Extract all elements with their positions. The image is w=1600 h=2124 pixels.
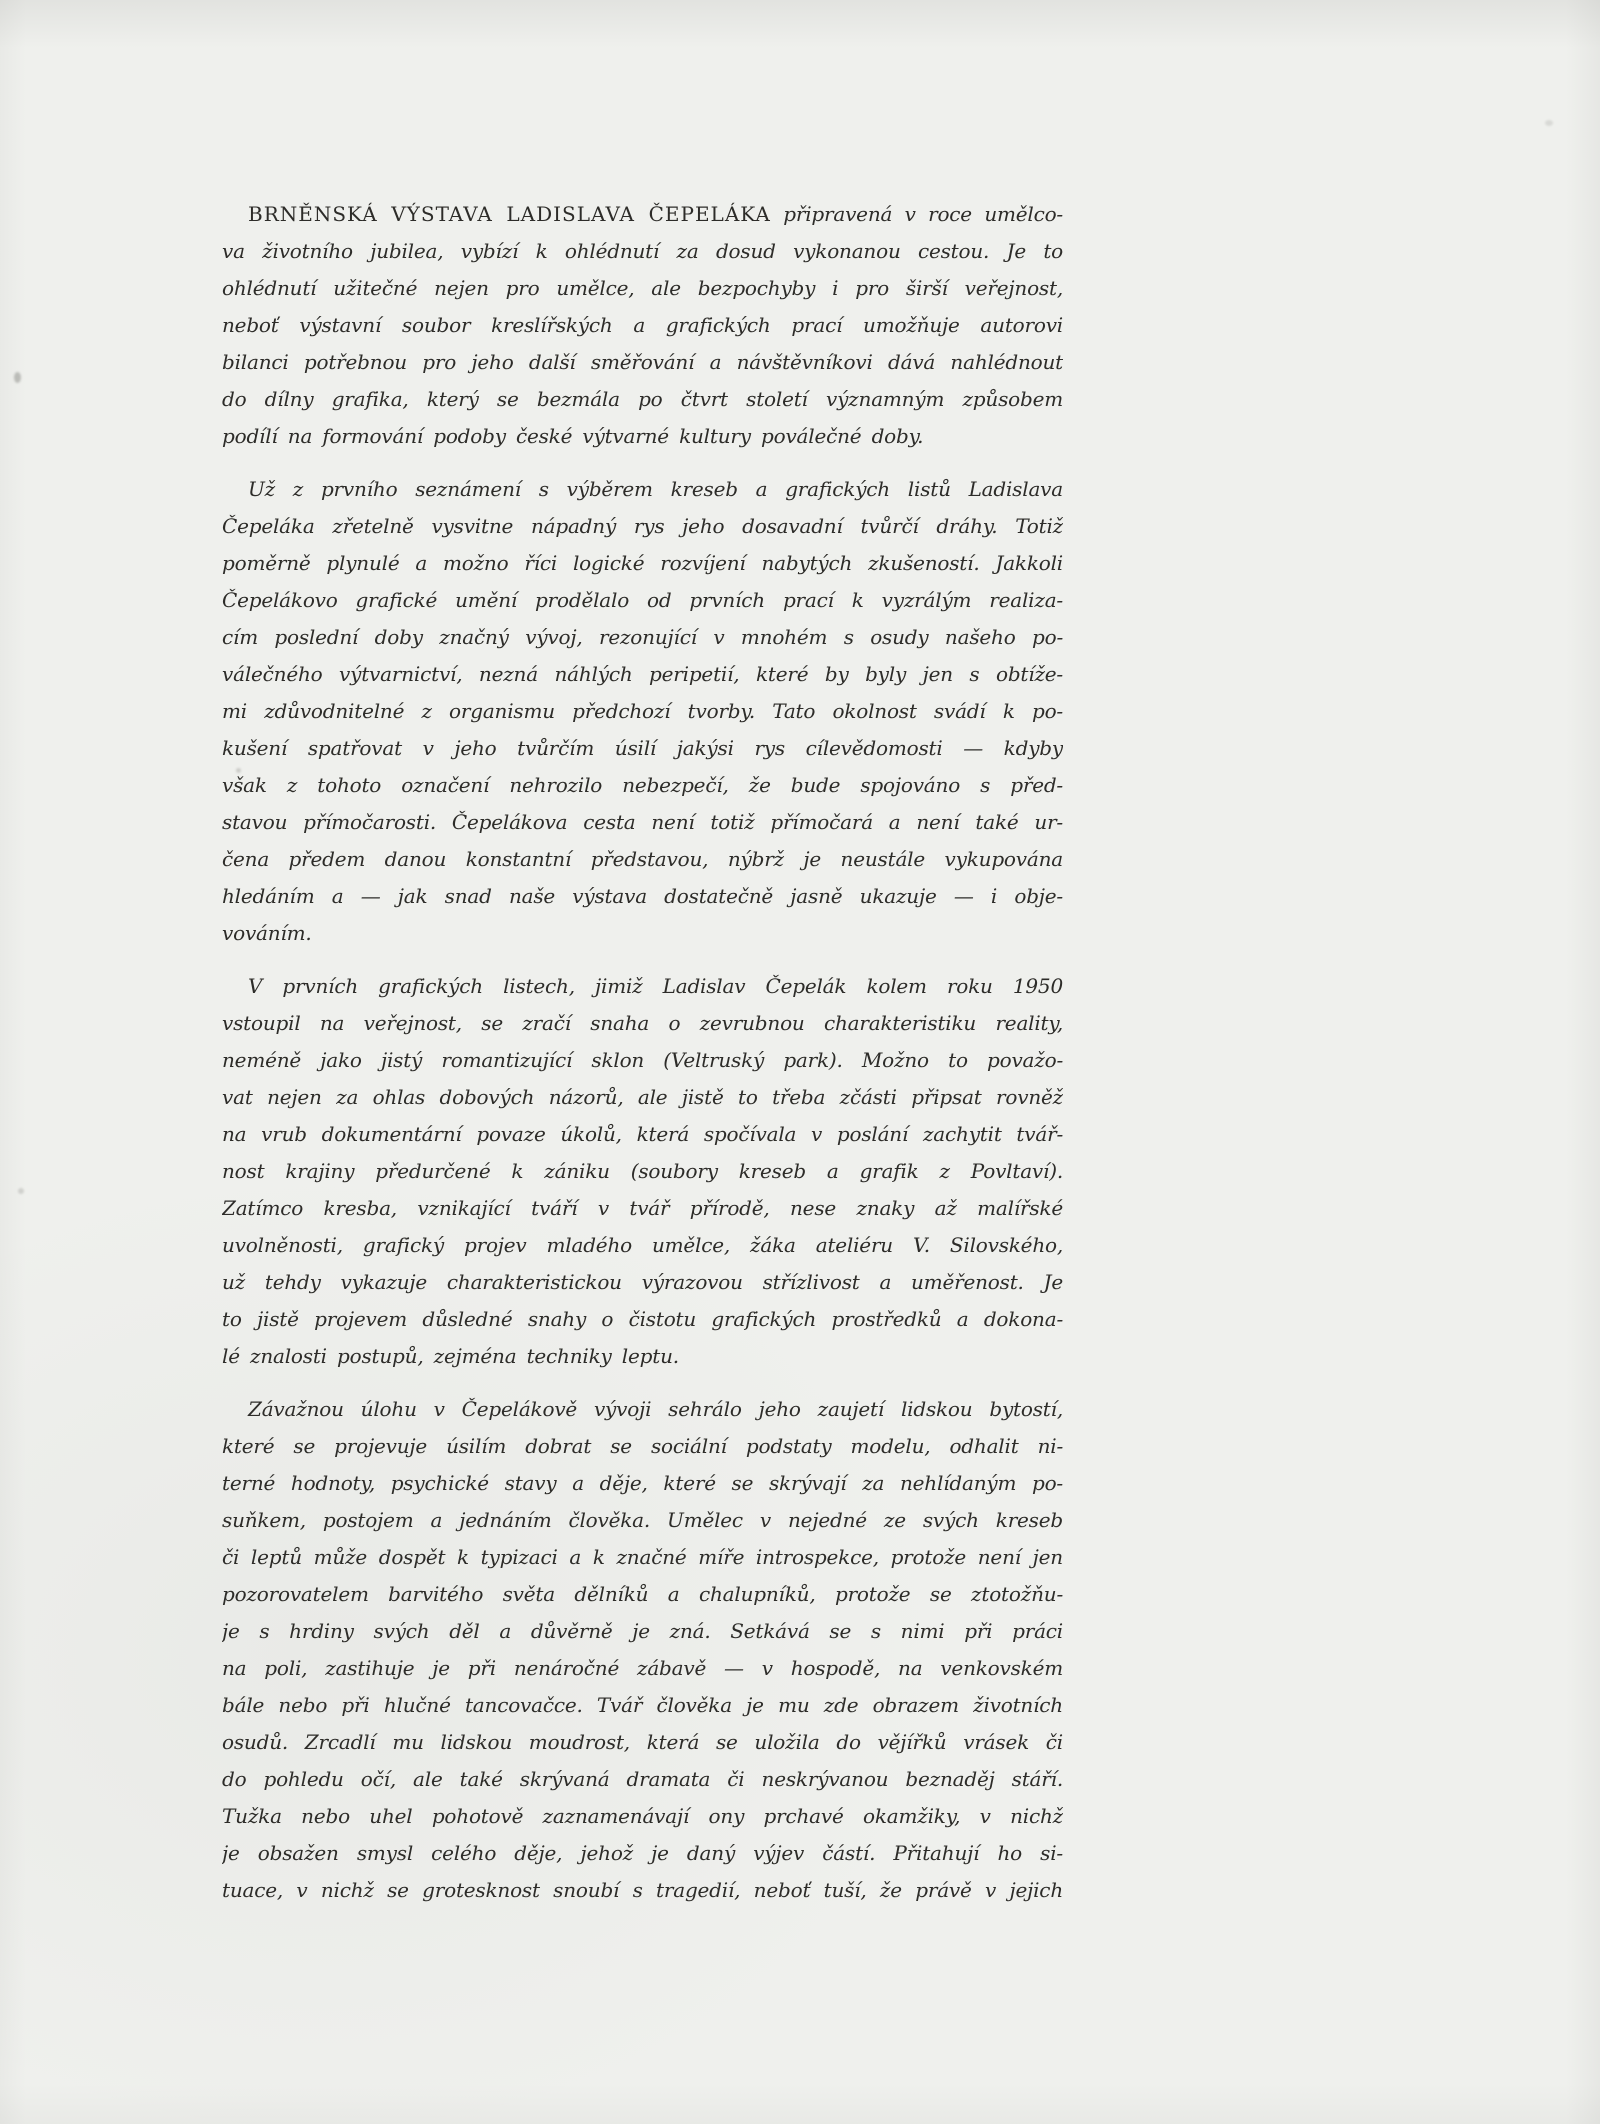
text-line: lé znalosti postupů, zejména techniky le… [222, 1338, 1063, 1375]
text-line: Čepeláka zřetelně vysvitne nápadný rys j… [222, 508, 1063, 545]
text-line: neboť výstavní soubor kreslířských a gra… [222, 307, 1063, 344]
text-line: už tehdy vykazuje charakteristickou výra… [222, 1264, 1063, 1301]
text-line: tuace, v nichž se grotesknost snoubí s t… [222, 1872, 1063, 1909]
text-line: Zatímco kresba, vznikající tváří v tvář … [222, 1190, 1063, 1227]
text-line: V prvních grafických listech, jimiž Ladi… [222, 968, 1063, 1005]
text-line: neméně jako jistý romantizující sklon (V… [222, 1042, 1063, 1079]
text-line: Závažnou úlohu v Čepelákově vývoji sehrá… [222, 1391, 1063, 1428]
text-line: bilanci potřebnou pro jeho další směřová… [222, 344, 1063, 381]
text-line: kušení spatřovat v jeho tvůrčím úsilí ja… [222, 730, 1063, 767]
text-line: va životního jubilea, vybízí k ohlédnutí… [222, 233, 1063, 270]
text-line: BRNĚNSKÁ VÝSTAVA LADISLAVA ČEPELÁKA přip… [222, 196, 1063, 233]
text-line: vstoupil na veřejnost, se zračí snaha o … [222, 1005, 1063, 1042]
text-line: bále nebo při hlučné tancovačce. Tvář čl… [222, 1687, 1063, 1724]
text-line: stavou přímočarosti. Čepelákova cesta ne… [222, 804, 1063, 841]
scanned-page: BRNĚNSKÁ VÝSTAVA LADISLAVA ČEPELÁKA přip… [0, 0, 1600, 2124]
text-line: suňkem, postojem a jednáním člověka. Umě… [222, 1502, 1063, 1539]
text-line: terné hodnoty, psychické stavy a děje, k… [222, 1465, 1063, 1502]
text-line: poměrně plynulé a možno říci logické roz… [222, 545, 1063, 582]
scan-artifact [18, 1188, 24, 1194]
text-line: to jistě projevem důsledné snahy o čisto… [222, 1301, 1063, 1338]
text-line: čena předem danou konstantní představou,… [222, 841, 1063, 878]
text-line: podílí na formování podoby české výtvarn… [222, 418, 1063, 455]
paragraph-2: Už z prvního seznámení s výběrem kreseb … [222, 471, 1063, 952]
text-line: uvolněnosti, grafický projev mladého umě… [222, 1227, 1063, 1264]
scan-artifact [14, 372, 21, 383]
paragraph-4: Závažnou úlohu v Čepelákově vývoji sehrá… [222, 1391, 1063, 1909]
text-line: nost krajiny předurčené k zániku (soubor… [222, 1153, 1063, 1190]
paragraph-3: V prvních grafických listech, jimiž Ladi… [222, 968, 1063, 1375]
text-line: vováním. [222, 915, 1063, 952]
text-line: do pohledu očí, ale také skrývaná dramat… [222, 1761, 1063, 1798]
text-line: Už z prvního seznámení s výběrem kreseb … [222, 471, 1063, 508]
text-column: BRNĚNSKÁ VÝSTAVA LADISLAVA ČEPELÁKA přip… [222, 196, 1063, 1925]
text-line: do dílny grafika, který se bezmála po čt… [222, 381, 1063, 418]
text-line: které se projevuje úsilím dobrat se soci… [222, 1428, 1063, 1465]
text-line: osudů. Zrcadlí mu lidskou moudrost, kter… [222, 1724, 1063, 1761]
text-line: na vrub dokumentární povaze úkolů, která… [222, 1116, 1063, 1153]
text-line: Čepelákovo grafické umění prodělalo od p… [222, 582, 1063, 619]
text-line: však z tohoto označení nehrozilo nebezpe… [222, 767, 1063, 804]
headline-caps: BRNĚNSKÁ VÝSTAVA LADISLAVA ČEPELÁKA [248, 202, 771, 226]
text-line: cím poslední doby značný vývoj, rezonují… [222, 619, 1063, 656]
text-line: hledáním a — jak snad naše výstava dosta… [222, 878, 1063, 915]
text-line: či leptů může dospět k typizaci a k znač… [222, 1539, 1063, 1576]
text-line: na poli, zastihuje je při nenáročné zába… [222, 1650, 1063, 1687]
text-line: je obsažen smysl celého děje, jehož je d… [222, 1835, 1063, 1872]
text-line: mi zdůvodnitelné z organismu předchozí t… [222, 693, 1063, 730]
scan-artifact [1545, 120, 1553, 126]
text-line: válečného výtvarnictví, nezná náhlých pe… [222, 656, 1063, 693]
text-line: pozorovatelem barvitého světa dělníků a … [222, 1576, 1063, 1613]
paragraph-1: BRNĚNSKÁ VÝSTAVA LADISLAVA ČEPELÁKA přip… [222, 196, 1063, 455]
text-line: je s hrdiny svých děl a důvěrně je zná. … [222, 1613, 1063, 1650]
text-line: vat nejen za ohlas dobových názorů, ale … [222, 1079, 1063, 1116]
text-line: Tužka nebo uhel pohotově zaznamenávají o… [222, 1798, 1063, 1835]
text-line: ohlédnutí užitečné nejen pro umělce, ale… [222, 270, 1063, 307]
